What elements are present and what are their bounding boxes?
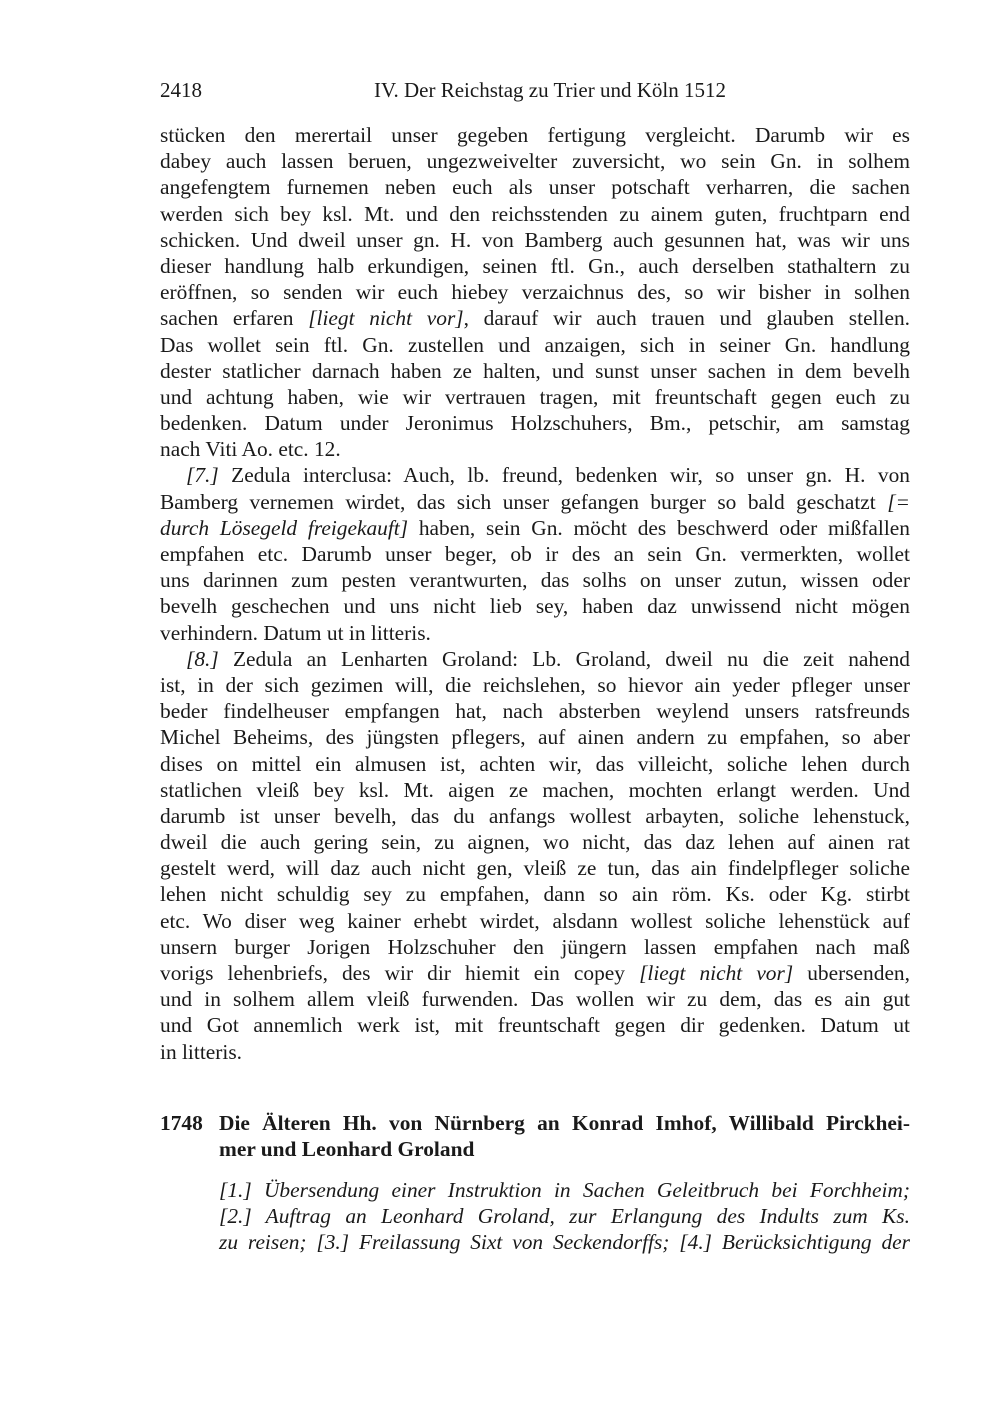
paragraph-marker: [7.]: [186, 463, 219, 487]
text-line: sachen erfaren [liegt nicht vor], darauf…: [160, 305, 910, 331]
text-line: werden sich bey ksl. Mt. und den reichss…: [160, 201, 910, 227]
text-line: uns darinnen zum pesten verantwurten, da…: [160, 567, 910, 593]
editorial-note: durch Lösegeld freigekauft]: [160, 516, 408, 540]
text-line: dieser handlung halb erkundigen, seinen …: [160, 253, 910, 279]
paragraph-7-start: [7.] Zedula interclusa: Auch, lb. freund…: [160, 462, 910, 488]
text-line: Das wollet sein ftl. Gn. zustellen und a…: [160, 332, 910, 358]
paragraph-marker: [8.]: [186, 647, 219, 671]
text-line: lehen nicht schuldig sey zu empfahen, da…: [160, 881, 910, 907]
document-number: 1748: [160, 1110, 203, 1136]
text-line: und achtung haben, wie wir vertrauen tra…: [160, 384, 910, 410]
text-line: nach Viti Ao. etc. 12.: [160, 436, 910, 462]
paragraph-8-start: [8.] Zedula an Lenharten Groland: Lb. Gr…: [160, 646, 910, 672]
page-header: 2418 IV. Der Reichstag zu Trier und Köln…: [160, 78, 910, 108]
text-line: bedenken. Datum under Jeronimus Holzschu…: [160, 410, 910, 436]
title-line: Die Älteren Hh. von Nürnberg an Konrad I…: [219, 1110, 910, 1136]
text-line: dises on mittel ein almusen ist, achten …: [160, 751, 910, 777]
text-line: und in solhem allem vleiß furwenden. Das…: [160, 986, 910, 1012]
text-line: Bamberg vernemen wirdet, das sich unser …: [160, 489, 910, 515]
text-line: stücken den merertail unser gegeben fert…: [160, 122, 910, 148]
main-text: stücken den merertail unser gegeben fert…: [160, 122, 910, 1065]
text-line: gestelt werd, will daz auch nicht gen, v…: [160, 855, 910, 881]
text-line: schicken. Und dweil unser gn. H. von Bam…: [160, 227, 910, 253]
title-line: mer und Leonhard Groland: [219, 1136, 910, 1162]
text-line: dabey auch lassen beruen, ungezweivelter…: [160, 148, 910, 174]
text-line: durch Lösegeld freigekauft] haben, sein …: [160, 515, 910, 541]
summary-line: zu reisen; [3.] Freilassung Sixt von Sec…: [219, 1229, 910, 1255]
summary-line: [1.] Übersendung einer Instruktion in Sa…: [219, 1177, 910, 1203]
text-line: unsern burger Jorigen Holzschuher den jü…: [160, 934, 910, 960]
text-line: bevelh geschechen und uns nicht lieb sey…: [160, 593, 910, 619]
text-line: darumb ist unser bevelh, das du anfangs …: [160, 803, 910, 829]
text-line: statlichen vleiß bey ksl. Mt. aigen ze m…: [160, 777, 910, 803]
text-line: dester statlicher darnach haben ze halte…: [160, 358, 910, 384]
text-line: eröffnen, so senden wir euch hiebey verz…: [160, 279, 910, 305]
editorial-note: [liegt nicht vor]: [308, 306, 463, 330]
text-line: in litteris.: [160, 1039, 910, 1065]
text-line: beder findelheuser empfangen hat, nach a…: [160, 698, 910, 724]
document-summary: [1.] Übersendung einer Instruktion in Sa…: [219, 1177, 910, 1256]
text-line: vorigs lehenbriefs, des wir dir hiemit e…: [160, 960, 910, 986]
editorial-note: [=: [887, 490, 910, 514]
text-line: empfahen etc. Darumb unser beger, ob ir …: [160, 541, 910, 567]
running-title: IV. Der Reichstag zu Trier und Köln 1512: [160, 78, 910, 103]
text-line: verhindern. Datum ut in litteris.: [160, 620, 910, 646]
text-line: etc. Wo diser weg kainer erhebt wirdet, …: [160, 908, 910, 934]
text-line: und Got annemlich werk ist, mit freuntsc…: [160, 1012, 910, 1038]
summary-line: [2.] Auftrag an Leonhard Groland, zur Er…: [219, 1203, 910, 1229]
document-title: Die Älteren Hh. von Nürnberg an Konrad I…: [219, 1110, 910, 1162]
editorial-note: [liegt nicht vor]: [639, 961, 793, 985]
text-line: dweil die auch gering sein, zu aignen, w…: [160, 829, 910, 855]
text-line: Michel Beheims, des jüngsten pflegers, a…: [160, 724, 910, 750]
text-line: ist, in der sich gezimen will, die reich…: [160, 672, 910, 698]
text-line: angefengtem furnemen neben euch als unse…: [160, 174, 910, 200]
